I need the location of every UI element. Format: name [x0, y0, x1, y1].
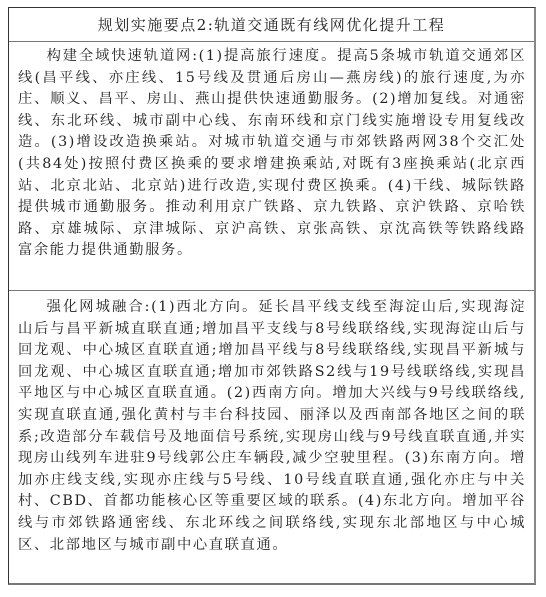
box-title: 规划实施要点2:轨道交通既有线网优化提升工程	[98, 14, 446, 35]
box-title-row: 规划实施要点2:轨道交通既有线网优化提升工程	[9, 8, 534, 42]
section-text: 强化网城融合:(1)西北方向。延长昌平线支线至海淀山后,实现海淀山后与昌平新城直…	[18, 297, 526, 556]
section-fast-rail-network: 构建全域快速轨道网:(1)提高旅行速度。提高5条城市轨道交通郊区线(昌平线、亦庄…	[9, 42, 534, 291]
section-network-city-integration: 强化网城融合:(1)西北方向。延长昌平线支线至海淀山后,实现海淀山后与昌平新城直…	[9, 291, 534, 556]
info-box: 规划实施要点2:轨道交通既有线网优化提升工程 构建全域快速轨道网:(1)提高旅行…	[8, 7, 536, 585]
section-text: 构建全域快速轨道网:(1)提高旅行速度。提高5条城市轨道交通郊区线(昌平线、亦庄…	[18, 46, 526, 262]
